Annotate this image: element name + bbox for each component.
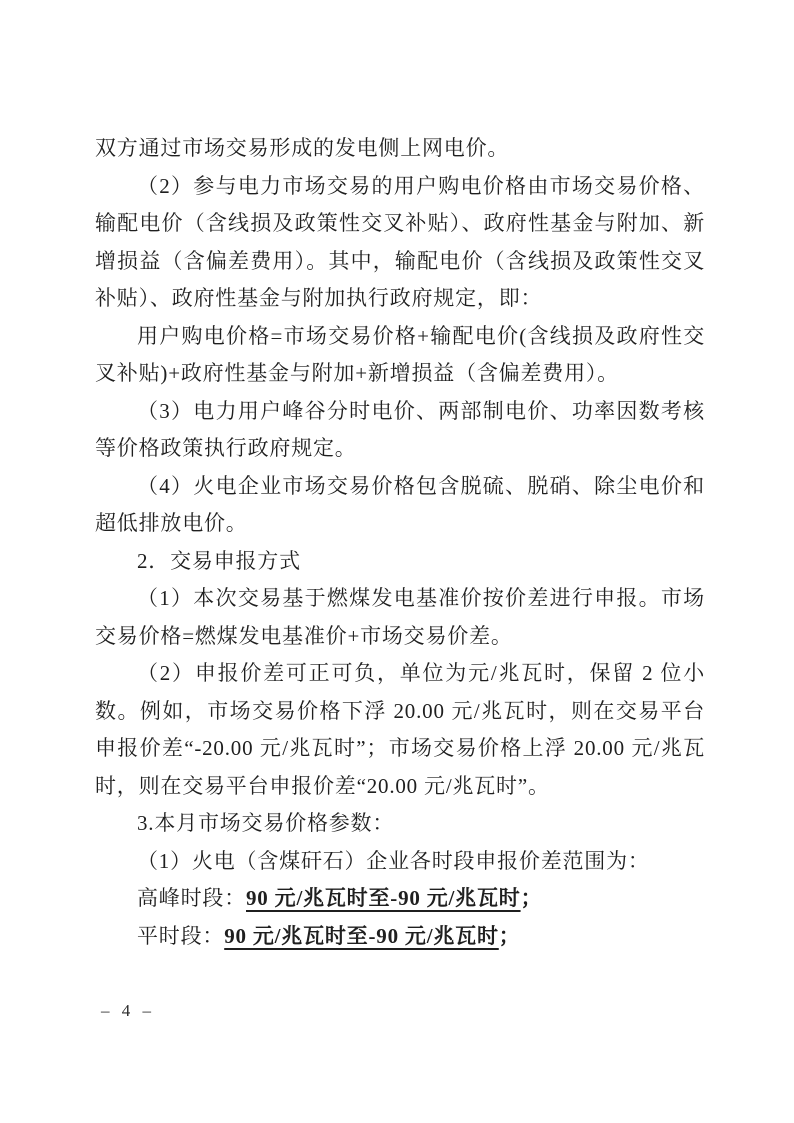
- price-period-label-peak: 高峰时段：: [137, 886, 246, 910]
- paragraph-price-formula: 用户购电价格=市场交易价格+输配电价(含线损及政府性交叉补贴)+政府性基金与附加…: [95, 318, 705, 393]
- paragraph-benchmark-declaration: （1）本次交易基于燃煤发电基准价按价差进行申报。市场交易价格=燃煤发电基准价+市…: [95, 580, 705, 655]
- page-number: – 4 –: [101, 999, 155, 1023]
- paragraph-thermal-price-includes: （4）火电企业市场交易价格包含脱硫、脱硝、除尘电价和超低排放电价。: [95, 468, 705, 543]
- paragraph-ongrid-price: 双方通过市场交易形成的发电侧上网电价。: [95, 130, 705, 168]
- price-range-value-flat: 90 元/兆瓦时至-90 元/兆瓦时: [224, 924, 499, 948]
- price-range-value-peak: 90 元/兆瓦时至-90 元/兆瓦时: [246, 886, 521, 910]
- price-line-suffix-flat: ；: [499, 924, 521, 948]
- paragraph-tou-pricing: （3）电力用户峰谷分时电价、两部制电价、功率因数考核等价格政策执行政府规定。: [95, 393, 705, 468]
- heading-declaration-method: 2．交易申报方式: [95, 543, 705, 581]
- paragraph-user-purchase-price: （2）参与电力市场交易的用户购电价格由市场交易价格、输配电价（含线损及政策性交叉…: [95, 168, 705, 318]
- document-page: 双方通过市场交易形成的发电侧上网电价。 （2）参与电力市场交易的用户购电价格由市…: [0, 0, 794, 1123]
- document-body: 双方通过市场交易形成的发电侧上网电价。 （2）参与电力市场交易的用户购电价格由市…: [95, 130, 705, 955]
- paragraph-thermal-spread-range: （1）火电（含煤矸石）企业各时段申报价差范围为：: [95, 843, 705, 881]
- price-line-peak: 高峰时段：90 元/兆瓦时至-90 元/兆瓦时；: [95, 880, 705, 918]
- paragraph-spread-examples: （2）申报价差可正可负，单位为元/兆瓦时，保留 2 位小数。例如，市场交易价格下…: [95, 655, 705, 805]
- price-period-label-flat: 平时段：: [137, 924, 224, 948]
- price-line-suffix-peak: ；: [521, 886, 543, 910]
- price-line-flat: 平时段：90 元/兆瓦时至-90 元/兆瓦时；: [95, 918, 705, 956]
- heading-monthly-parameters: 3.本月市场交易价格参数：: [95, 805, 705, 843]
